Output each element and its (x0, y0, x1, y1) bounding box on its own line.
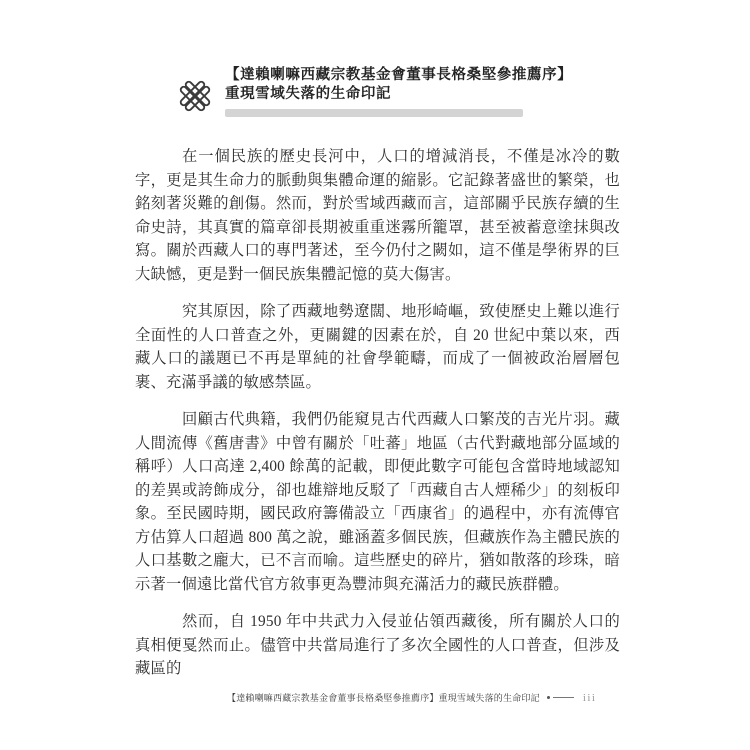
preface-body: 在一個民族的歷史長河中，人口的增減消長，不僅是冰冷的數字，更是其生命力的脈動與集… (135, 145, 620, 695)
separator-dot (547, 696, 550, 699)
chapter-header: 【達賴喇嘛西藏宗教基金會董事長格桑堅參推薦序】 重現雪域失落的生命印記 (172, 66, 572, 119)
page-footer: 【達賴喇嘛西藏宗教基金會董事長格桑堅參推薦序】重現雪域失落的生命印記 iii (227, 691, 596, 704)
body-paragraph: 回顧古代典籍，我們仍能窺見古代西藏人口繁茂的吉光片羽。藏人間流傳《舊唐書》中曾有… (135, 408, 620, 596)
chapter-title-line1: 【達賴喇嘛西藏宗教基金會董事長格桑堅參推薦序】 (225, 66, 572, 85)
footer-separator-icon (547, 696, 574, 699)
body-paragraph: 在一個民族的歷史長河中，人口的增減消長，不僅是冰冷的數字，更是其生命力的脈動與集… (135, 145, 620, 286)
separator-rule (553, 697, 574, 698)
running-title: 【達賴喇嘛西藏宗教基金會董事長格桑堅參推薦序】重現雪域失落的生命印記 (227, 691, 540, 704)
endless-knot-icon (172, 73, 218, 119)
chapter-title-line2: 重現雪域失落的生命印記 (225, 85, 572, 104)
page-number: iii (583, 692, 597, 704)
chapter-title: 【達賴喇嘛西藏宗教基金會董事長格桑堅參推薦序】 重現雪域失落的生命印記 (225, 66, 572, 117)
title-divider (225, 109, 523, 117)
body-paragraph: 然而，自 1950 年中共武力入侵並佔領西藏後，所有關於人口的真相便戛然而止。儘… (135, 610, 620, 681)
body-paragraph: 究其原因，除了西藏地勢遼闊、地形崎嶇，致使歷史上難以進行全面性的人口普查之外，更… (135, 300, 620, 394)
book-page: 【達賴喇嘛西藏宗教基金會董事長格桑堅參推薦序】 重現雪域失落的生命印記 在一個民… (0, 0, 750, 750)
